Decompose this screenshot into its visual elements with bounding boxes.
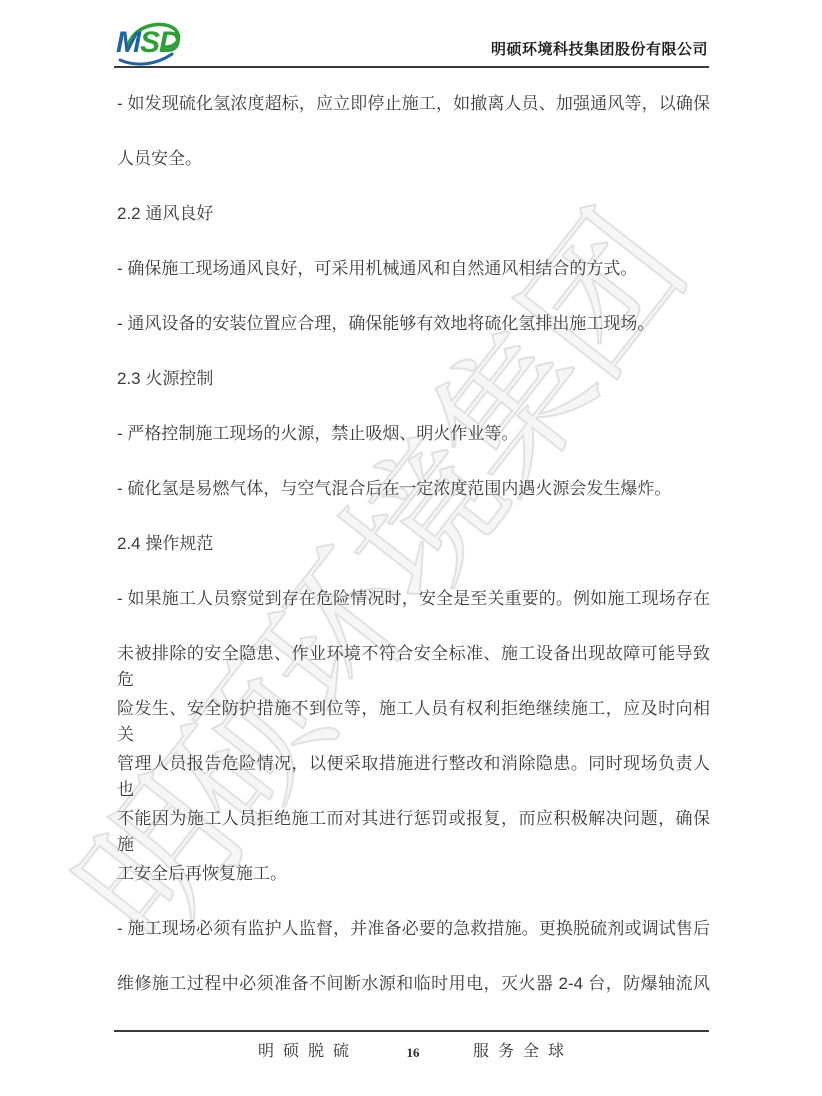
body-line: - 施工现场必须有监护人监督，并准备必要的急救措施。更换脱硫剂或调试售后	[117, 916, 710, 971]
company-name: 明硕环境科技集团股份有限公司	[491, 38, 708, 59]
logo-letters-sd: SD	[140, 26, 180, 59]
body-line: - 严格控制施工现场的火源，禁止吸烟、明火作业等。	[117, 421, 710, 476]
footer-left-text: 明硕脱硫	[258, 1038, 358, 1061]
logo-letter-m: M	[116, 26, 140, 59]
body-line: - 硫化氢是易燃气体，与空气混合后在一定浓度范围内遇火源会发生爆炸。	[117, 476, 710, 531]
body-line: - 如发现硫化氢浓度超标，应立即停止施工，如撤离人员、加强通风等，以确保	[117, 91, 710, 146]
footer-divider	[114, 1030, 709, 1032]
body-line: 人员安全。	[117, 146, 710, 201]
logo-text: MSD	[116, 28, 180, 58]
footer-right-text: 服务全球	[473, 1038, 573, 1061]
header-divider	[114, 66, 709, 68]
msd-logo: MSD	[114, 20, 194, 68]
body-line: 2.4 操作规范	[117, 531, 710, 586]
body-line: 险发生、安全防护措施不到位等，施工人员有权利拒绝继续施工，应及时向相关	[117, 696, 710, 751]
body-line: - 确保施工现场通风良好，可采用机械通风和自然通风相结合的方式。	[117, 256, 710, 311]
document-page: 明硕环境集团 MSD 明硕环境科技集团股份有限公司 - 如发现硫化氢浓度超标，应…	[0, 0, 822, 1096]
body-line: 不能因为施工人员拒绝施工而对其进行惩罚或报复，而应积极解决问题，确保施	[117, 806, 710, 861]
body-line: 2.2 通风良好	[117, 201, 710, 256]
document-body: - 如发现硫化氢浓度超标，应立即停止施工，如撤离人员、加强通风等，以确保人员安全…	[117, 91, 710, 1026]
body-line: 工安全后再恢复施工。	[117, 861, 710, 916]
page-number: 16	[398, 1045, 428, 1061]
body-line: - 通风设备的安装位置应合理，确保能够有效地将硫化氢排出施工现场。	[117, 311, 710, 366]
body-line: 管理人员报告危险情况，以便采取措施进行整改和消除隐患。同时现场负责人也	[117, 751, 710, 806]
body-line: - 如果施工人员察觉到存在危险情况时，安全是至关重要的。例如施工现场存在	[117, 586, 710, 641]
body-line: 维修施工过程中必须准备不间断水源和临时用电，灭火器 2-4 台，防爆轴流风	[117, 971, 710, 1026]
body-line: 未被排除的安全隐患、作业环境不符合安全标准、施工设备出现故障可能导致危	[117, 641, 710, 696]
body-line: 2.3 火源控制	[117, 366, 710, 421]
